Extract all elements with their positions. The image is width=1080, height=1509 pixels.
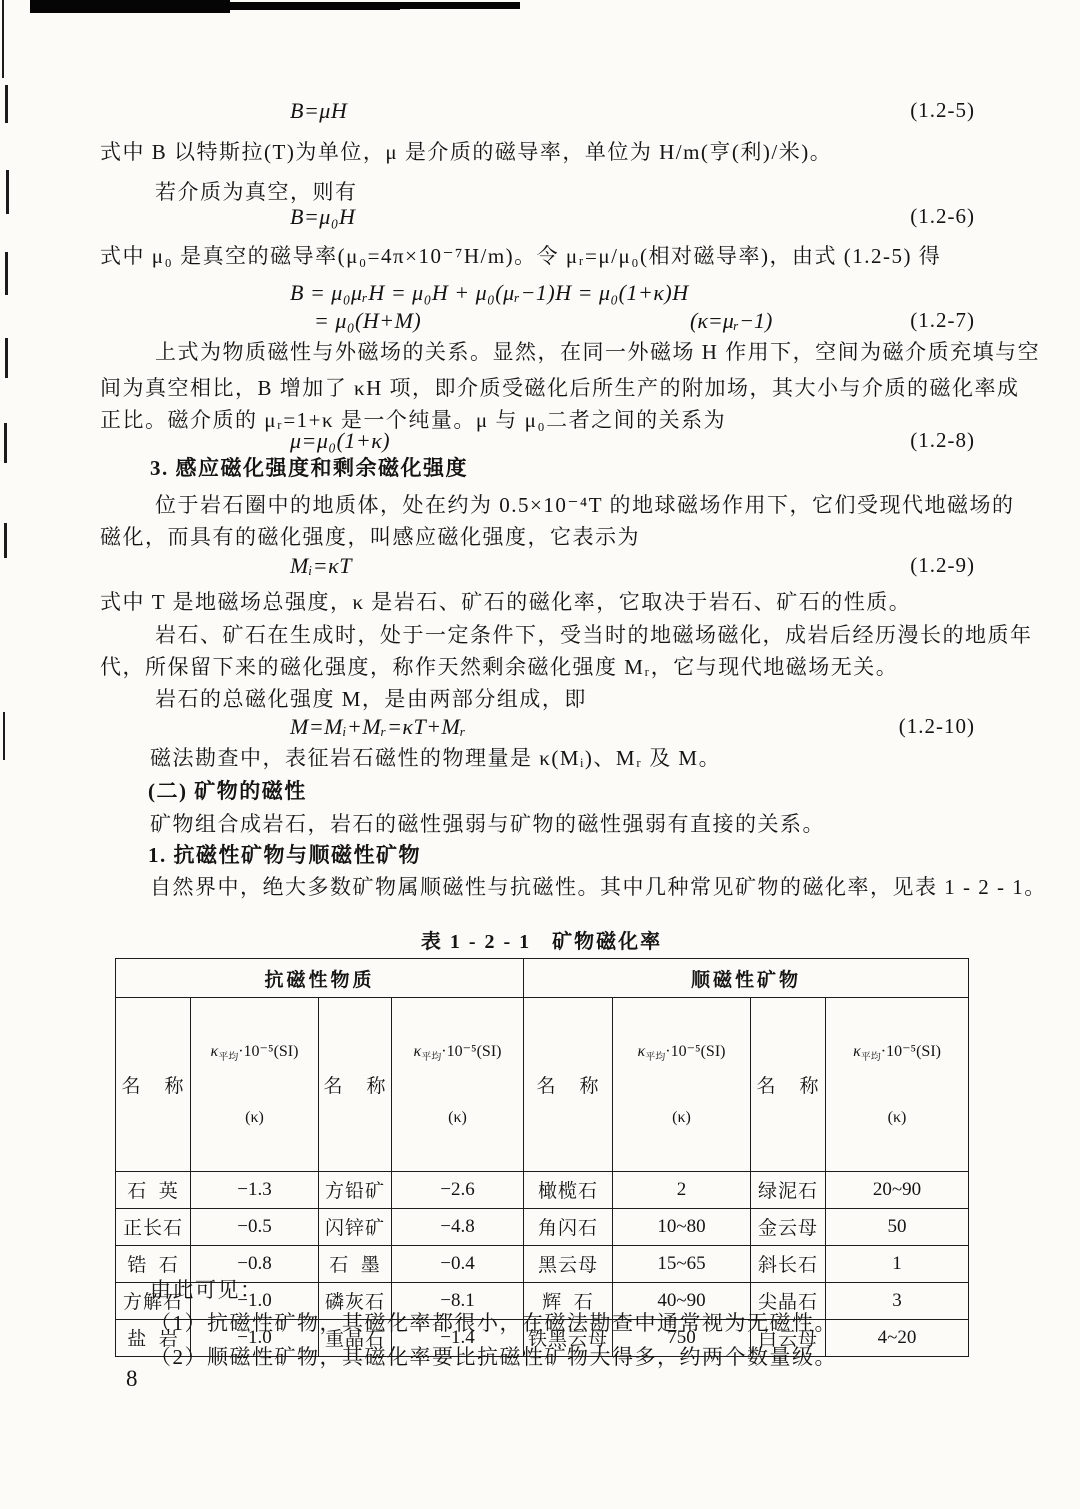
kappa-value-cell: 10~80 (613, 1208, 751, 1245)
kappa-header-formula: κ平均·10⁻⁵(SI) (392, 1042, 523, 1065)
scan-artifact-edge-line (2, 0, 4, 78)
kappa-value-cell: −0.5 (191, 1208, 319, 1245)
kappa-value-cell: −2.6 (392, 1171, 524, 1208)
kappa-value-cell: 1 (826, 1245, 969, 1282)
scan-artifact-top-bar (225, 2, 400, 10)
kappa-value-cell: 2 (613, 1171, 751, 1208)
body-line: 上式为物质磁性与外磁场的关系。显然，在同一外磁场 H 作用下，空间为磁介质充填与… (155, 340, 1040, 365)
column-header-name: 名 称 (116, 998, 191, 1172)
section-heading: (二) 矿物的磁性 (148, 779, 307, 804)
kappa-value-cell: 50 (826, 1208, 969, 1245)
body-line: 式中 μ₀ 是真空的磁导率(μ₀=4π×10⁻⁷H/m)。令 μᵣ=μ/μ₀(相… (100, 244, 941, 269)
table-row: 锆 石 −0.8 石 墨 −0.4 黑云母 15~65 斜长石 1 (116, 1245, 969, 1282)
formula-expression: M=Mᵢ+Mᵣ=κT+Mᵣ (290, 714, 466, 740)
mineral-name-cell: 石 墨 (319, 1245, 392, 1282)
scan-artifact-edge-line (5, 338, 8, 378)
body-line: 式中 B 以特斯拉(T)为单位，μ 是介质的磁导率，单位为 H/m(亨(利)/米… (100, 140, 832, 165)
kappa-header-formula: κ平均·10⁻⁵(SI) (613, 1042, 750, 1065)
body-line: 自然界中，绝大多数矿物属顺磁性与抗磁性。其中几种常见矿物的磁化率，见表 1 - … (150, 875, 1047, 900)
table-row: 石 英 −1.3 方铅矿 −2.6 橄榄石 2 绿泥石 20~90 (116, 1171, 969, 1208)
body-line: 岩石的总磁化强度 M，是由两部分组成，即 (155, 687, 587, 712)
body-line: 位于岩石圈中的地质体，处在约为 0.5×10⁻⁴T 的地球磁场作用下，它们受现代… (155, 493, 1014, 518)
body-line: 磁化，而具有的磁化强度，叫感应磁化强度，它表示为 (100, 525, 640, 550)
group-header-diamagnetic: 抗磁性物质 (116, 959, 524, 998)
equation-number: (1.2-8) (910, 428, 975, 453)
body-line: 岩石、矿石在生成时，处于一定条件下，受当时的地磁场磁化，成岩后经历漫长的地质年 (155, 623, 1033, 648)
kappa-header-paren: (κ) (191, 1109, 318, 1127)
body-line: 式中 T 是地磁场总强度，κ 是岩石、矿石的磁化率，它取决于岩石、矿石的性质。 (100, 590, 911, 615)
kappa-value-cell: 3 (826, 1282, 969, 1319)
mineral-name-cell: 方铅矿 (319, 1171, 392, 1208)
body-line: 由此可见： (150, 1278, 263, 1303)
table-title: 表 1 - 2 - 1 矿物磁化率 (115, 925, 968, 954)
equation-number: (1.2-9) (910, 553, 975, 578)
formula-1-2-7-line2: = μ₀(H+M) (κ=μᵣ−1) (1.2-7) (0, 308, 1080, 338)
formula-1-2-9: Mᵢ=κT (1.2-9) (0, 553, 1080, 583)
equation-number: (1.2-10) (899, 714, 975, 739)
section-heading: 3. 感应磁化强度和剩余磁化强度 (150, 456, 468, 481)
formula-1-2-5: B=μH (1.2-5) (0, 98, 1080, 128)
mineral-name-cell: 橄榄石 (524, 1171, 613, 1208)
formula-1-2-6: B=μ₀H (1.2-6) (0, 204, 1080, 234)
kappa-header-paren: (κ) (826, 1109, 968, 1127)
column-header-name: 名 称 (524, 998, 613, 1172)
formula-1-2-10: M=Mᵢ+Mᵣ=κT+Mᵣ (1.2-10) (0, 714, 1080, 744)
kappa-value-cell: 15~65 (613, 1245, 751, 1282)
mineral-name-cell: 锆 石 (116, 1245, 191, 1282)
mineral-name-cell: 闪锌矿 (319, 1208, 392, 1245)
kappa-header-paren: (κ) (392, 1109, 523, 1127)
equation-number: (1.2-6) (910, 204, 975, 229)
formula-expression: B=μ₀H (290, 204, 355, 230)
mineral-name-cell: 斜长石 (751, 1245, 826, 1282)
table-group-header-row: 抗磁性物质 顺磁性矿物 (116, 959, 969, 998)
kappa-header-formula: κ平均·10⁻⁵(SI) (826, 1042, 968, 1065)
mineral-name-cell: 正长石 (116, 1208, 191, 1245)
section-heading: 1. 抗磁性矿物与顺磁性矿物 (148, 843, 421, 868)
formula-expression: B = μ₀μᵣH = μ₀H + μ₀(μᵣ−1)H = μ₀(1+κ)H (290, 280, 689, 306)
column-header-name: 名 称 (751, 998, 826, 1172)
formula-expression: B=μH (290, 98, 347, 124)
body-line: （2）顺磁性矿物，其磁化率要比抗磁性矿物大得多，约两个数量级。 (150, 1345, 837, 1370)
table-column-header-row: 名 称 κ平均·10⁻⁵(SI) (κ) 名 称 κ平均·10⁻⁵(SI) (κ… (116, 998, 969, 1172)
kappa-value-cell: −0.8 (191, 1245, 319, 1282)
equation-number: (1.2-5) (910, 98, 975, 123)
mineral-name-cell: 绿泥石 (751, 1171, 826, 1208)
group-header-paramagnetic: 顺磁性矿物 (524, 959, 969, 998)
scan-artifact-top-bar (395, 2, 520, 9)
table-row: 正长石 −0.5 闪锌矿 −4.8 角闪石 10~80 金云母 50 (116, 1208, 969, 1245)
mineral-name-cell: 黑云母 (524, 1245, 613, 1282)
mineral-name-cell: 石 英 (116, 1171, 191, 1208)
kappa-header-paren: (κ) (613, 1109, 750, 1127)
formula-expression: = μ₀(H+M) (314, 308, 421, 334)
mineral-name-cell: 角闪石 (524, 1208, 613, 1245)
body-line: （1）抗磁性矿物，其磁化率都很小，在磁法勘查中通常视为无磁性。 (150, 1311, 837, 1336)
column-header-kappa: κ平均·10⁻⁵(SI) (κ) (392, 998, 524, 1172)
column-header-kappa: κ平均·10⁻⁵(SI) (κ) (826, 998, 969, 1172)
kappa-value-cell: 4~20 (826, 1319, 969, 1356)
page-number: 8 (126, 1366, 138, 1392)
equation-number: (1.2-7) (910, 308, 975, 333)
body-line: 若介质为真空，则有 (155, 180, 358, 205)
scan-artifact-top-bar (30, 0, 230, 13)
formula-1-2-7-line1: B = μ₀μᵣH = μ₀H + μ₀(μᵣ−1)H = μ₀(1+κ)H (0, 280, 1080, 310)
book-page: B=μH (1.2-5) 式中 B 以特斯拉(T)为单位，μ 是介质的磁导率，单… (0, 0, 1080, 1509)
formula-expression: μ=μ₀(1+κ) (290, 428, 390, 454)
kappa-header-formula: κ平均·10⁻⁵(SI) (191, 1042, 318, 1065)
kappa-value-cell: −1.3 (191, 1171, 319, 1208)
body-line: 磁法勘查中，表征岩石磁性的物理量是 κ(Mᵢ)、Mᵣ 及 M。 (150, 746, 721, 771)
column-header-kappa: κ平均·10⁻⁵(SI) (κ) (191, 998, 319, 1172)
body-line: 间为真空相比，B 增加了 κH 项，即介质受磁化后所生产的附加场，其大小与介质的… (100, 376, 1020, 401)
body-line: 代，所保留下来的磁化强度，称作天然剩余磁化强度 Mᵣ，它与现代地磁场无关。 (100, 655, 898, 680)
column-header-kappa: κ平均·10⁻⁵(SI) (κ) (613, 998, 751, 1172)
kappa-value-cell: −0.4 (392, 1245, 524, 1282)
formula-side-condition: (κ=μᵣ−1) (690, 308, 772, 334)
formula-1-2-8: μ=μ₀(1+κ) (1.2-8) (0, 428, 1080, 458)
kappa-value-cell: −4.8 (392, 1208, 524, 1245)
kappa-value-cell: 20~90 (826, 1171, 969, 1208)
column-header-name: 名 称 (319, 998, 392, 1172)
mineral-name-cell: 金云母 (751, 1208, 826, 1245)
formula-expression: Mᵢ=κT (290, 553, 352, 579)
body-line: 矿物组合成岩石，岩石的磁性强弱与矿物的磁性强弱有直接的关系。 (150, 812, 825, 837)
